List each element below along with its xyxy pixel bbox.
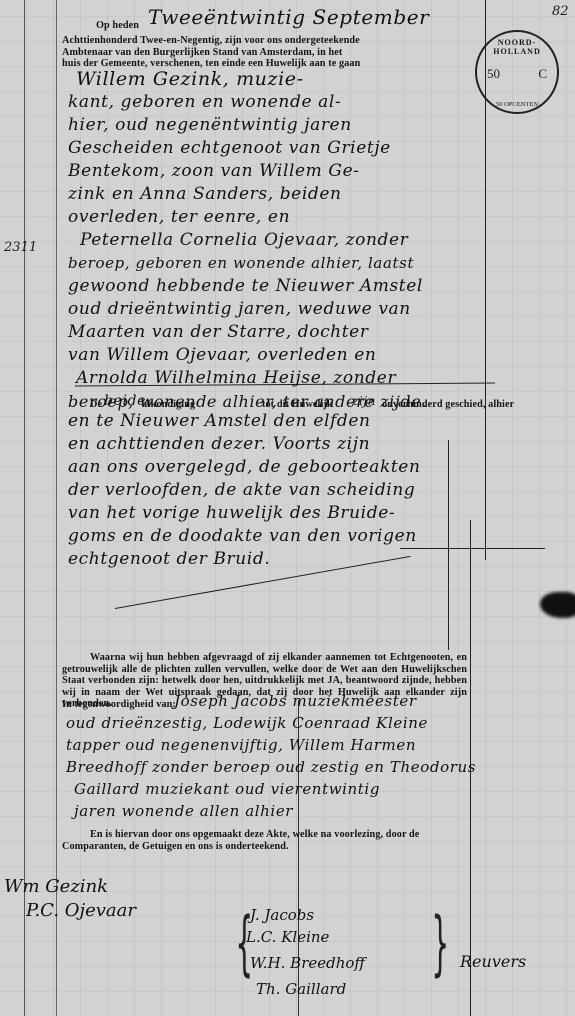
printed-tot-dit-huwelijk: tot dit Huwelijk xyxy=(262,399,333,411)
ink-blot xyxy=(540,592,575,618)
hand-line: beroep, geboren en wonende alhier, laats… xyxy=(68,252,414,276)
hand-line: Peternella Cornelia Ojevaar, zonder xyxy=(80,229,408,253)
stamp-province: NOORD-HOLLAND xyxy=(477,38,557,56)
end-stroke xyxy=(400,548,545,549)
hand-line: tapper oud negenenvijftig, Willem Harmen xyxy=(66,734,416,758)
rule-line xyxy=(56,0,57,1016)
printed-onverhinderd: onverhinderd geschied, alhier xyxy=(382,399,514,411)
stamp-value: 50 xyxy=(487,66,500,82)
hand-line: overleden, ter eenre, en xyxy=(68,206,290,230)
signature-witness-2: L.C. Kleine xyxy=(246,928,329,946)
hand-line: goms en de doodakte van den vorigen xyxy=(68,525,417,549)
hand-line: van Willem Ojevaar, overleden en xyxy=(68,344,376,368)
hand-line: der verloofden, de akte van scheiding xyxy=(68,479,415,503)
printed-de: De xyxy=(90,399,102,411)
hand-line: en achttienden dezer. Voorts zijn xyxy=(68,433,370,457)
hand-line: en te Nieuwer Amstel den elfden xyxy=(68,410,371,434)
hand-line: Willem Gezink, muzie- xyxy=(76,68,304,92)
stamp-class: C xyxy=(538,66,547,82)
signature-bride: P.C. Ojevaar xyxy=(26,900,136,921)
printed-afkondiging: afkondiging xyxy=(142,399,195,411)
hand-line: Arnolda Wilhelmina Heijse, zonder xyxy=(76,367,396,391)
hand-line: gewoond hebbende te Nieuwer Amstel xyxy=(68,275,423,299)
hand-line: Gescheiden echtgenoot van Grietje xyxy=(68,137,391,161)
revenue-stamp: NOORD-HOLLAND 50 C 50 OPCENTEN xyxy=(475,30,559,114)
signature-witness-1: J. Jacobs xyxy=(250,906,314,924)
hand-line: jaren wonende allen alhier xyxy=(74,800,293,824)
hand-line: hier, oud negenëntwintig jaren xyxy=(68,114,352,138)
hand-line: kant, geboren en wonende al- xyxy=(68,91,341,115)
page-number: 82 xyxy=(552,4,569,19)
signature-official: Reuvers xyxy=(460,952,526,971)
document-page: 82 2311 NOORD-HOLLAND 50 C 50 OPCENTEN O… xyxy=(0,0,575,1016)
hand-line: Breedhoff zonder beroep oud zestig en Th… xyxy=(66,756,476,780)
signature-witness-3: W.H. Breedhoff xyxy=(250,954,365,972)
printed-intro: Achttienhonderd Twee-en-Negentig, zijn v… xyxy=(62,35,362,70)
hand-line: Maarten van der Starre, dochter xyxy=(68,321,369,345)
hand-line: Bentekom, zoon van Willem Ge- xyxy=(68,160,360,184)
printed-closing: En is hiervan door ons opgemaakt deze Ak… xyxy=(62,829,472,852)
hand-line: echtgenoot der Bruid. xyxy=(68,548,270,572)
printed-tegenwoordigheid: In tegenwoordigheid van: xyxy=(62,699,176,711)
hand-line: Gaillard muziekant oud vierentwintig xyxy=(74,778,380,802)
rule-line xyxy=(24,0,25,1016)
hand-line: van het vorige huwelijk des Bruide- xyxy=(68,502,395,526)
hand-line: zink en Anna Sanders, beiden xyxy=(68,183,342,207)
hand-line: oud drieëntwintig jaren, weduwe van xyxy=(68,298,411,322)
hand-line: Joseph Jacobs muziekmeester xyxy=(174,690,417,714)
margin-record-number: 2311 xyxy=(4,240,37,255)
signature-brace-right: } xyxy=(431,908,449,978)
hand-line: oud drieënzestig, Lodewijk Coenraad Klei… xyxy=(66,712,428,736)
hand-line: aan ons overgelegd, de geboorteakten xyxy=(68,456,421,480)
printed-op-heden: Op heden xyxy=(96,20,139,32)
signature-witness-4: Th. Gaillard xyxy=(256,980,346,998)
stamp-bottom: 50 OPCENTEN xyxy=(477,101,557,108)
rule-line xyxy=(448,440,449,650)
signature-groom: Wm Gezink xyxy=(4,876,108,897)
handwritten-date: Tweeëntwintig September xyxy=(148,6,429,30)
